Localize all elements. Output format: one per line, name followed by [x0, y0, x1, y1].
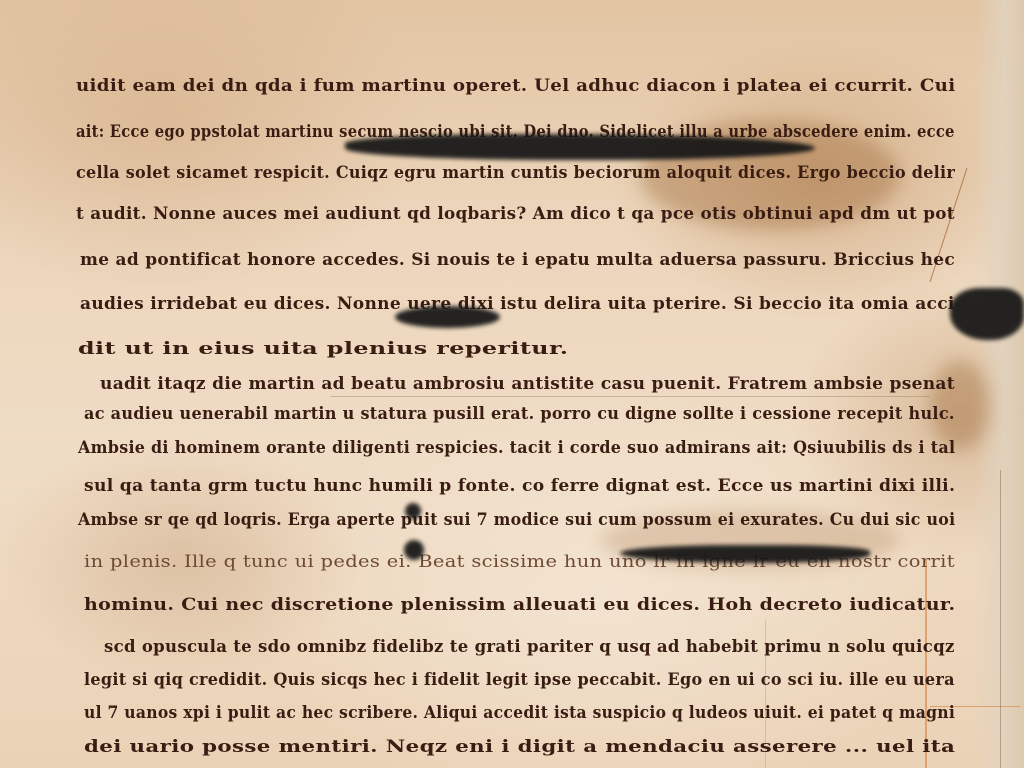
text-line: uidit eam dei dn qda i fum martinu opere…	[76, 76, 955, 96]
text-line: Ambsie di hominem orante diligenti respi…	[78, 438, 955, 458]
ink-drop	[404, 540, 424, 560]
text-line: cella solet sicamet respicit. Cuiqz egru…	[76, 163, 955, 183]
text-line: me ad pontificat honore accedes. Si noui…	[80, 250, 955, 270]
text-line: ul 7 uanos xpi i pulit ac hec scribere. …	[84, 703, 955, 723]
ink-blot	[950, 288, 1024, 340]
ink-smudge	[395, 306, 500, 328]
manuscript-text: uidit eam dei dn qda i fum martinu opere…	[0, 0, 1024, 768]
text-line: dei uario posse mentiri. Neqz eni i digi…	[84, 737, 955, 757]
text-line: audies irridebat eu dices. Nonne uere di…	[80, 294, 955, 314]
text-line: sul qa tanta grm tuctu hunc humili p fon…	[84, 476, 955, 496]
ink-drop	[405, 503, 421, 519]
text-line: dit ut in eius uita plenius reperitur.	[78, 339, 569, 359]
ink-smudge	[345, 134, 815, 160]
text-line: t audit. Nonne auces mei audiunt qd loqb…	[76, 204, 955, 224]
text-line: Ambse sr qe qd loqris. Erga aperte puit …	[78, 510, 955, 530]
text-line: legit si qiq credidit. Quis sicqs hec i …	[84, 670, 955, 690]
text-line: uadit itaqz die martin ad beatu ambrosiu…	[100, 374, 955, 394]
text-line: hominu. Cui nec discretione plenissim al…	[84, 595, 955, 615]
text-line: scd opuscula te sdo omnibz fidelibz te g…	[104, 637, 955, 657]
text-line: ac audieu uenerabil martin u statura pus…	[84, 404, 955, 424]
